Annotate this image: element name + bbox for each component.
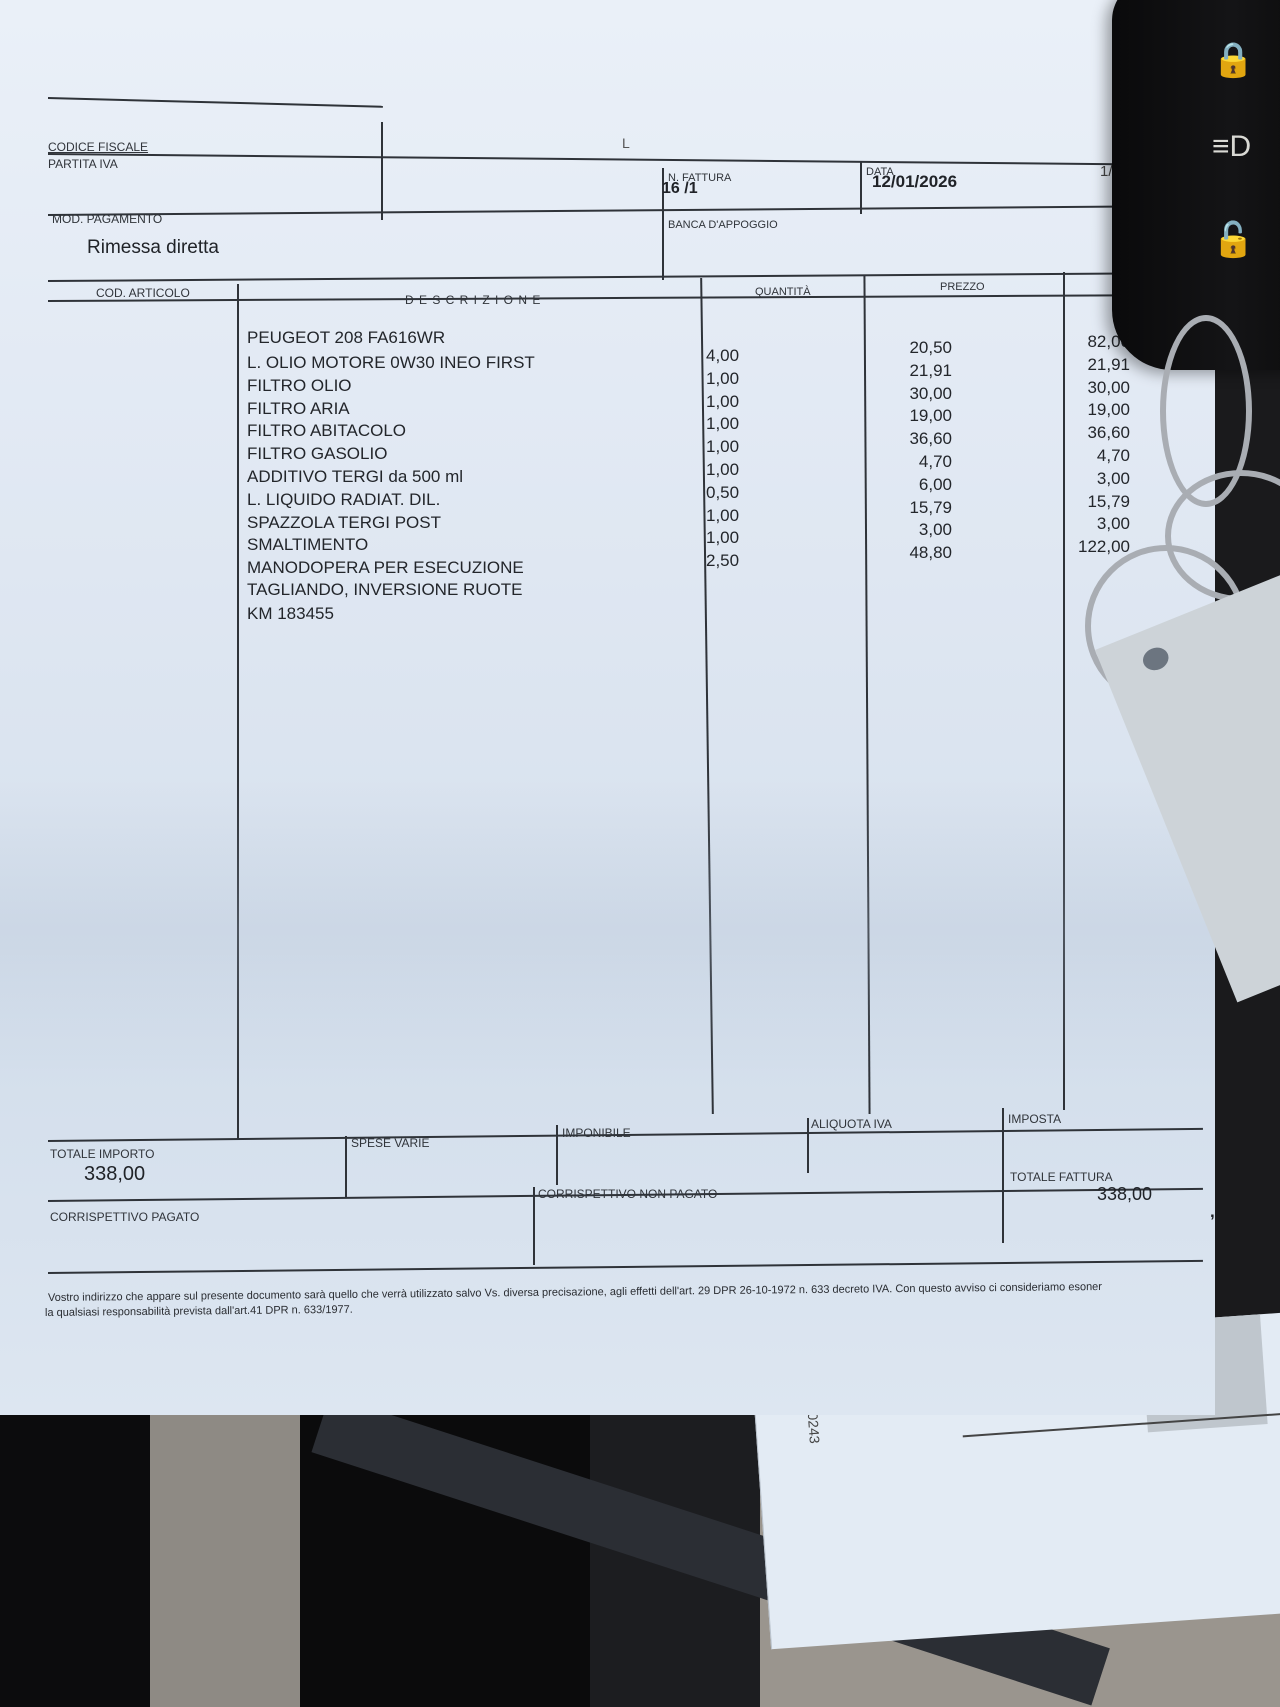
item-price: 15,79 bbox=[852, 498, 952, 518]
corrispettivo-non-pagato-label: CORRISPETTIVO NON PAGATO bbox=[538, 1187, 717, 1201]
item-amount: 30,00 bbox=[1030, 378, 1130, 398]
edge-fragment: ,00 bbox=[1210, 1202, 1234, 1222]
vehicle-line: PEUGEOT 208 FA616WR bbox=[247, 328, 445, 348]
item-price: 30,00 bbox=[852, 384, 952, 404]
item-quantity: 1,00 bbox=[706, 506, 739, 526]
column-header-description: D E S C R I Z I O N E bbox=[405, 293, 541, 307]
item-description: SMALTIMENTO bbox=[247, 535, 368, 555]
item-amount: 3,00 bbox=[1030, 469, 1130, 489]
invoice-date: 12/01/2026 bbox=[872, 172, 957, 192]
totale-importo-label: TOTALE IMPORTO bbox=[50, 1147, 154, 1161]
item-description: L. LIQUIDO RADIAT. DIL. bbox=[247, 490, 440, 510]
item-amount: 82,00 bbox=[1030, 332, 1130, 352]
item-amount: 15,79 bbox=[1030, 492, 1130, 512]
bank-label: BANCA D'APPOGGIO bbox=[668, 219, 778, 231]
item-quantity: 4,00 bbox=[706, 346, 739, 366]
note-line: KM 183455 bbox=[247, 604, 334, 624]
stray-mark: L bbox=[622, 135, 630, 151]
item-price: 48,80 bbox=[852, 543, 952, 563]
item-amount: 36,60 bbox=[1030, 423, 1130, 443]
car-key-fob: 🔒 ≡D 🔓 bbox=[1112, 0, 1280, 370]
item-amount: 122,00 bbox=[1030, 537, 1130, 557]
column-header-quantity: QUANTITÀ bbox=[755, 286, 811, 298]
item-description: FILTRO ABITACOLO bbox=[247, 421, 406, 441]
item-price: 20,50 bbox=[852, 338, 952, 358]
item-price: 19,00 bbox=[852, 406, 952, 426]
item-amount: 21,91 bbox=[1030, 355, 1130, 375]
item-description: FILTRO ARIA bbox=[247, 399, 350, 419]
footer-line-1: Vostro indirizzo che appare sul presente… bbox=[48, 1281, 1102, 1304]
item-description: L. OLIO MOTORE 0W30 INEO FIRST bbox=[247, 353, 535, 373]
item-price: 21,91 bbox=[852, 361, 952, 381]
note-line: TAGLIANDO, INVERSIONE RUOTE bbox=[247, 580, 523, 600]
totale-importo-value: 338,00 bbox=[84, 1163, 145, 1186]
item-quantity: 0,50 bbox=[706, 483, 739, 503]
corrispettivo-pagato-label: CORRISPETTIVO PAGATO bbox=[50, 1210, 199, 1224]
item-quantity: 1,00 bbox=[706, 460, 739, 480]
spese-varie-label: SPESE VARIE bbox=[351, 1136, 429, 1150]
item-quantity: 1,00 bbox=[706, 369, 739, 389]
totale-fattura-label: TOTALE FATTURA bbox=[1010, 1170, 1113, 1184]
item-quantity: 1,00 bbox=[706, 528, 739, 548]
lock-icon: 🔒 bbox=[1212, 40, 1254, 80]
unlock-icon: 🔓 bbox=[1212, 220, 1254, 260]
item-description: FILTRO GASOLIO bbox=[247, 444, 387, 464]
payment-mode-label: MOD. PAGAMENTO bbox=[52, 212, 162, 226]
item-price: 3,00 bbox=[852, 520, 952, 540]
column-header-price: PREZZO bbox=[940, 281, 985, 293]
item-quantity: 1,00 bbox=[706, 392, 739, 412]
item-amount: 4,70 bbox=[1030, 446, 1130, 466]
item-price: 36,60 bbox=[852, 429, 952, 449]
item-description: FILTRO OLIO bbox=[247, 376, 352, 396]
item-quantity: 1,00 bbox=[706, 437, 739, 457]
headlight-icon: ≡D bbox=[1212, 130, 1251, 164]
partita-iva-label: PARTITA IVA bbox=[48, 157, 118, 171]
payment-mode: Rimessa diretta bbox=[87, 237, 219, 259]
codice-fiscale-label: CODICE FISCALE bbox=[48, 140, 148, 154]
item-price: 4,70 bbox=[852, 452, 952, 472]
item-description: SPAZZOLA TERGI POST bbox=[247, 513, 441, 533]
footer-line-2: la qualsiasi responsabilità prevista dal… bbox=[45, 1304, 353, 1319]
imposta-label: IMPOSTA bbox=[1008, 1112, 1061, 1126]
item-description: ADDITIVO TERGI da 500 ml bbox=[247, 467, 463, 487]
item-quantity: 1,00 bbox=[706, 414, 739, 434]
invoice-document: CODICE FISCALE PARTITA IVA L N. FATTURA … bbox=[0, 0, 1215, 1415]
column-header-code: COD. ARTICOLO bbox=[96, 286, 190, 300]
item-price: 6,00 bbox=[852, 475, 952, 495]
invoice-number: 16 /1 bbox=[662, 180, 698, 198]
aliquota-iva-label: ALIQUOTA IVA bbox=[811, 1117, 892, 1131]
item-amount: 19,00 bbox=[1030, 400, 1130, 420]
item-quantity: 2,50 bbox=[706, 551, 739, 571]
imponibile-label: IMPONIBILE bbox=[562, 1126, 631, 1140]
tag-hole bbox=[1140, 644, 1172, 674]
totale-fattura-value: 338,00 bbox=[1097, 1184, 1152, 1205]
item-amount: 3,00 bbox=[1030, 514, 1130, 534]
item-description: MANODOPERA PER ESECUZIONE bbox=[247, 558, 524, 578]
